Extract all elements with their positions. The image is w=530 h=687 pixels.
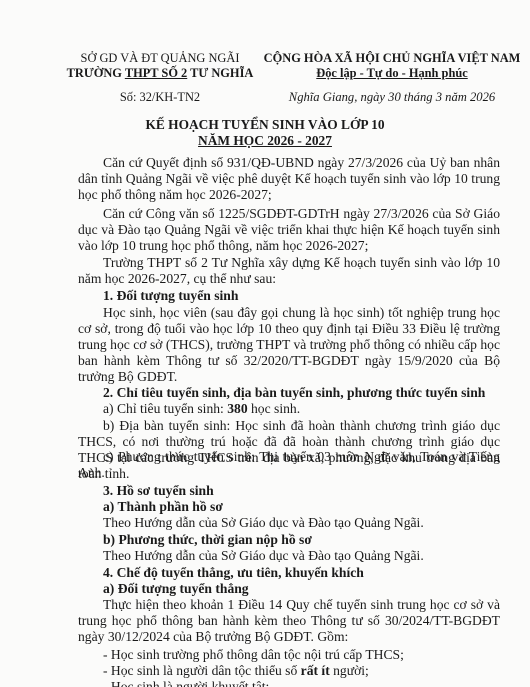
bullet-item: - Học sinh là người dân tộc thiểu số rất…	[103, 663, 369, 679]
school-name: TRƯỜNG THPT SỐ 2 TƯ NGHĨA	[60, 66, 260, 81]
bullet-text: - Học sinh trường phổ thông dân tộc nội …	[103, 647, 404, 662]
section-4a-text: Thực hiện theo khoản 1 Điều 14 Quy chế t…	[78, 597, 500, 645]
place-date: Nghĩa Giang, ngày 30 tháng 3 năm 2026	[258, 90, 526, 105]
paragraph-legal-basis-2: Căn cứ Công văn số 1225/SGDĐT-GDTrH ngày…	[78, 206, 500, 254]
bullet-emphasis: rất ít	[301, 663, 330, 678]
school-prefix: TRƯỜNG	[67, 66, 125, 80]
section-3-heading: 3. Hồ sơ tuyển sinh	[103, 483, 214, 499]
section-4a-heading: a) Đối tượng tuyển thẳng	[103, 581, 249, 597]
bullet-item: - Học sinh trường phổ thông dân tộc nội …	[103, 647, 404, 663]
section-3b-text: Theo Hướng dẫn của Sở Giáo dục và Đào tạ…	[103, 548, 424, 564]
bullet-text: - Học sinh là người khuyết tật;	[103, 679, 269, 687]
subtitle-text: NĂM HỌC 2026 - 2027	[198, 133, 332, 148]
document-subtitle: NĂM HỌC 2026 - 2027	[0, 133, 530, 149]
country-name: CỘNG HÒA XÃ HỘI CHỦ NGHĨA VIỆT NAM	[258, 51, 526, 66]
section-1-text: Học sinh, học viên (sau đây gọi chung là…	[78, 305, 500, 385]
department-name: SỞ GD VÀ ĐT QUẢNG NGÃI	[60, 51, 260, 66]
bullet-text-end: người;	[330, 663, 369, 678]
quota-label: a) Chỉ tiêu tuyển sinh:	[103, 401, 227, 416]
section-1-heading: 1. Đối tượng tuyển sinh	[103, 288, 238, 304]
quota-value: 380	[227, 401, 247, 416]
document-number: Số: 32/KH-TN2	[60, 90, 260, 105]
section-2-heading: 2. Chỉ tiêu tuyển sinh, địa bàn tuyển si…	[103, 385, 485, 401]
national-motto: Độc lập - Tự do - Hạnh phúc	[258, 66, 526, 81]
document-title: KẾ HOẠCH TUYỂN SINH VÀO LỚP 10	[0, 117, 530, 133]
school-suffix: TƯ NGHĨA	[187, 66, 253, 80]
paragraph-legal-basis-1: Căn cứ Quyết định số 931/QĐ-UBND ngày 27…	[78, 155, 500, 203]
section-2a: a) Chỉ tiêu tuyển sinh: 380 học sinh.	[103, 401, 300, 417]
section-2c: c) Phương thức tuyển sinh: Thi tuyển 03 …	[78, 449, 500, 481]
section-3b-heading: b) Phương thức, thời gian nộp hồ sơ	[103, 532, 312, 548]
section-3a-text: Theo Hướng dẫn của Sở Giáo dục và Đào tạ…	[103, 515, 424, 531]
bullet-text: - Học sinh là người dân tộc thiểu số	[103, 663, 301, 678]
section-3a-heading: a) Thành phần hồ sơ	[103, 499, 223, 515]
motto-text: Độc lập - Tự do - Hạnh phúc	[316, 66, 467, 80]
section-4-heading: 4. Chế độ tuyển thẳng, ưu tiên, khuyến k…	[103, 565, 364, 581]
bullet-item: - Học sinh là người khuyết tật;	[103, 679, 269, 687]
quota-unit: học sinh.	[248, 401, 300, 416]
paragraph-intro: Trường THPT số 2 Tư Nghĩa xây dựng Kế ho…	[78, 255, 500, 287]
document-page: SỞ GD VÀ ĐT QUẢNG NGÃI TRƯỜNG THPT SỐ 2 …	[0, 0, 530, 687]
school-underlined: THPT SỐ 2	[125, 66, 187, 80]
